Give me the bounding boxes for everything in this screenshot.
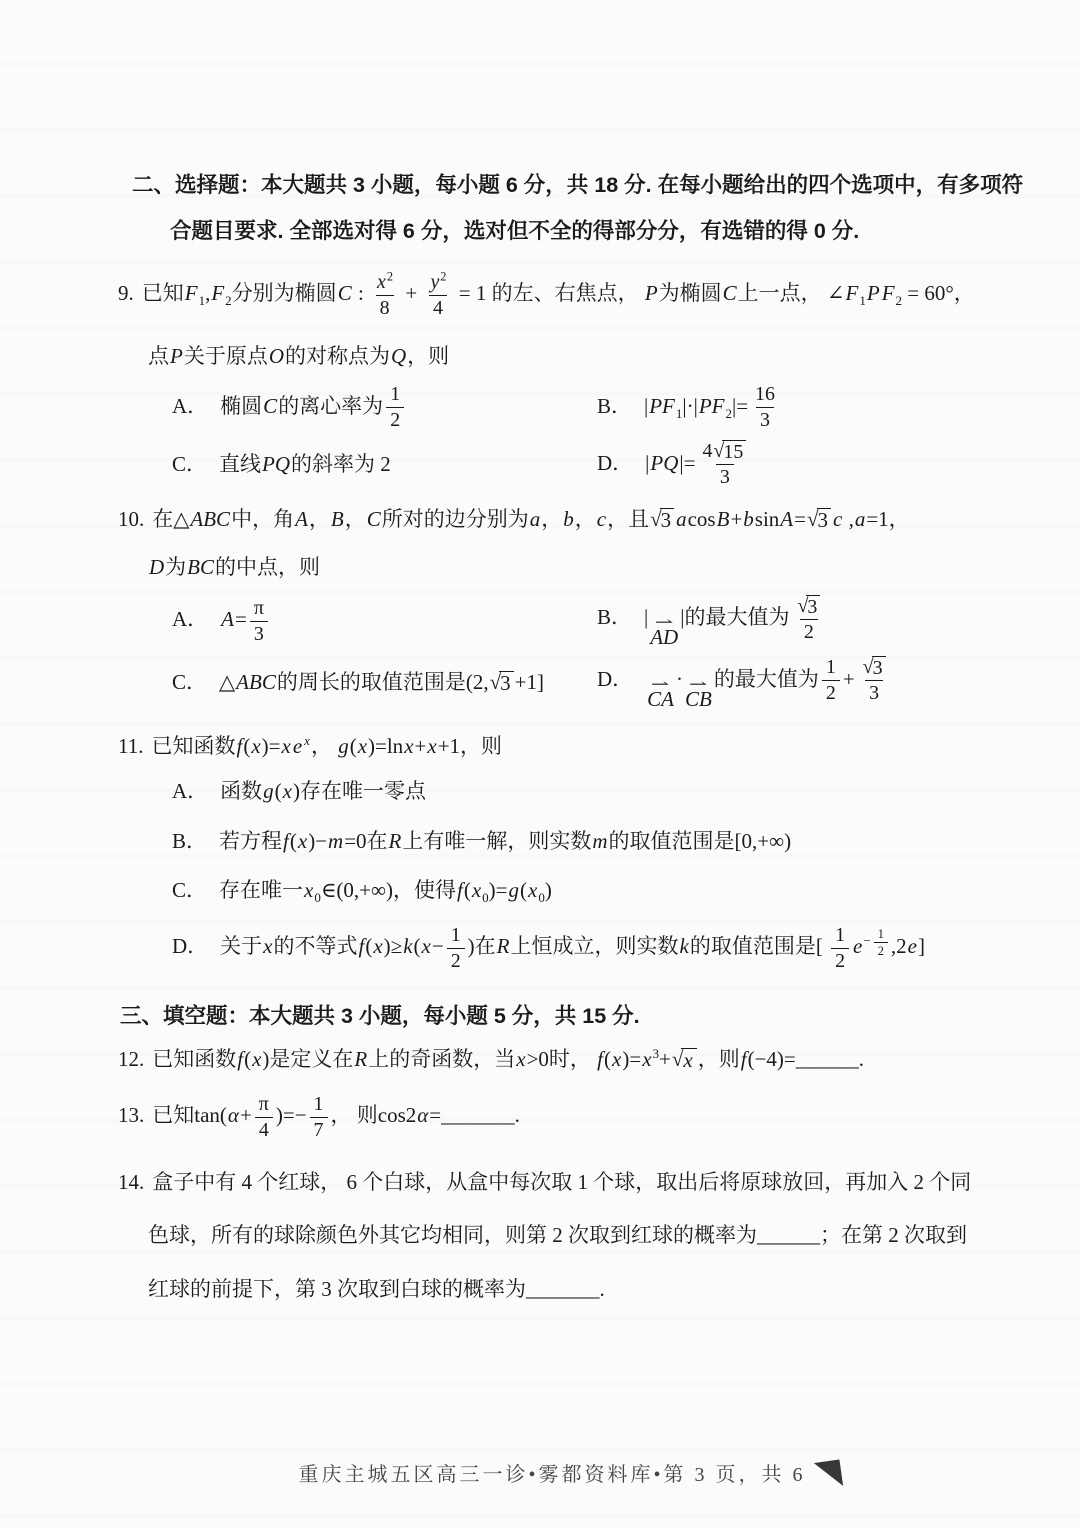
content-area: 二、选择题：本大题共 3 小题，每小题 6 分，共 18 分. 在每小题给出的四… [92, 168, 992, 1307]
q11-option-b: B．若方程f(x)−m=0在R上有唯一解，则实数m的取值范围是[0,+∞) [172, 825, 992, 859]
option-a-label: A． [172, 775, 208, 809]
question-10-stem-line2: D为BC的中点，则 [92, 551, 992, 585]
option-b-text: |PF1|·|PF2|=163 [644, 394, 782, 418]
question-11-number: 11. [118, 734, 143, 758]
question-9-options: A．椭圆C的离心率为12 B．|PF1|·|PF2|=163 C．直线PQ的斜率… [92, 383, 992, 489]
question-9-stem-line1: 9.已知F1,F2分别为椭圆C : x28 + y24 = 1 的左、右焦点， … [92, 271, 992, 320]
option-a-label: A． [172, 390, 208, 424]
q11-option-d: D．关于x的不等式f(x)≥k(x−12)在R上恒成立，则实数k的取值范围是[ … [172, 924, 992, 973]
option-d-label: D． [597, 447, 633, 481]
question-11-stem-text: 已知函数f(x)=xex， g(x)=lnx+x+1，则 [151, 734, 502, 758]
question-9-stem-line2: 点P关于原点O的对称点为Q，则 [92, 340, 992, 374]
option-b-text: 若方程f(x)−m=0在R上有唯一解，则实数m的取值范围是[0,+∞) [219, 829, 791, 853]
question-11-options: A．函数g(x)存在唯一零点 B．若方程f(x)−m=0在R上有唯一解，则实数m… [92, 775, 992, 973]
question-10-number: 10. [118, 507, 144, 531]
section-fill-heading: 三、填空题：本大题共 3 小题，每小题 5 分，共 15 分. [92, 999, 992, 1033]
q10-option-a: A．A=π3 [172, 597, 597, 646]
question-14-line1-text: 盒子中有 4 个红球， 6 个白球，从盒中每次取 1 个球，取出后将原球放回，再… [152, 1170, 971, 1194]
q9-option-c: C．直线PQ的斜率为 2 [172, 448, 597, 482]
question-13-number: 13. [118, 1103, 144, 1127]
option-c-text: △ABC的周长的取值范围是(2,√3+1] [219, 670, 544, 694]
q9-option-d: D．|PQ|=4√153 [597, 440, 992, 489]
q10-option-c: C．△ABC的周长的取值范围是(2,√3+1] [172, 666, 597, 700]
option-a-text: 椭圆C的离心率为12 [220, 394, 407, 418]
q10-option-b: B．|⇀AD|的最大值为√32 [597, 595, 992, 649]
question-10-stem-line1: 10.在△ABC中，角A，B，C所对的边分别为a，b，c，且√3acosB+bs… [92, 503, 992, 537]
question-9-stem-text: 已知F1,F2分别为椭圆C : x28 + y24 = 1 的左、右焦点， P为… [142, 281, 975, 305]
section-choice-heading-line2: 合题目要求. 全部选对得 6 分，选对但不全的得部分分，有选错的得 0 分. [92, 214, 992, 248]
section-choice-heading-line1: 二、选择题：本大题共 3 小题，每小题 6 分，共 18 分. 在每小题给出的四… [92, 168, 992, 202]
question-14-number: 14. [118, 1170, 144, 1194]
question-9: 9.已知F1,F2分别为椭圆C : x28 + y24 = 1 的左、右焦点， … [92, 271, 992, 490]
option-d-label: D． [597, 663, 633, 697]
option-a-label: A． [172, 603, 208, 637]
option-c-text: 直线PQ的斜率为 2 [219, 452, 391, 476]
option-c-text: 存在唯一x0∈(0,+∞)，使得f(x0)=g(x0) [219, 878, 552, 902]
question-12: 12.已知函数f(x)是定义在R上的奇函数，当x>0时， f(x)=x3+√x，… [92, 1043, 992, 1077]
question-12-stem-text: 已知函数f(x)是定义在R上的奇函数，当x>0时， f(x)=x3+√x，则f(… [152, 1047, 864, 1071]
question-12-number: 12. [118, 1047, 144, 1071]
option-a-text: A=π3 [220, 607, 271, 631]
option-d-text: |PQ|=4√153 [645, 451, 754, 475]
option-c-label: C． [172, 874, 207, 908]
q11-option-a: A．函数g(x)存在唯一零点 [172, 775, 992, 809]
option-c-label: C． [172, 666, 207, 700]
question-14-line3: 红球的前提下，第 3 次取到白球的概率为_______. [92, 1273, 992, 1307]
option-b-label: B． [597, 601, 632, 635]
q9-option-a: A．椭圆C的离心率为12 [172, 383, 597, 432]
page-curl-mark [814, 1459, 844, 1489]
question-10: 10.在△ABC中，角A，B，C所对的边分别为a，b，c，且√3acosB+bs… [92, 503, 992, 709]
option-d-text: 关于x的不等式f(x)≥k(x−12)在R上恒成立，则实数k的取值范围是[ 12… [220, 934, 925, 958]
question-10-options: A．A=π3 B．|⇀AD|的最大值为√32 C．△ABC的周长的取值范围是(2… [92, 595, 992, 710]
option-d-label: D． [172, 930, 208, 964]
option-a-text: 函数g(x)存在唯一零点 [220, 779, 426, 803]
question-14-line2: 色球，所有的球除颜色外其它均相同，则第 2 次取到红球的概率为______；在第… [92, 1219, 992, 1253]
q11-option-c: C．存在唯一x0∈(0,+∞)，使得f(x0)=g(x0) [172, 874, 992, 908]
footer-text: 重庆主城五区高三一诊•雾都资料库•第 3 页，共 6 [298, 1464, 805, 1486]
option-b-text: |⇀AD|的最大值为√32 [644, 605, 828, 629]
question-11-stem: 11.已知函数f(x)=xex， g(x)=lnx+x+1，则 [92, 730, 992, 764]
question-9-number: 9. [118, 281, 134, 305]
question-11: 11.已知函数f(x)=xex， g(x)=lnx+x+1，则 A．函数g(x)… [92, 730, 992, 973]
question-13-stem-text: 已知tan(α+π4)=−17， 则cos2α=_______. [152, 1103, 520, 1127]
question-13: 13.已知tan(α+π4)=−17， 则cos2α=_______. [92, 1093, 992, 1142]
q10-option-d: D．⇀CA·⇀CB的最大值为12+√33 [597, 656, 992, 710]
page-footer: 重庆主城五区高三一诊•雾都资料库•第 3 页，共 6 [298, 1459, 841, 1491]
question-14: 14.盒子中有 4 个红球， 6 个白球，从盒中每次取 1 个球，取出后将原球放… [92, 1166, 992, 1307]
option-d-text: ⇀CA·⇀CB的最大值为12+√33 [645, 667, 893, 691]
option-b-label: B． [597, 390, 632, 424]
option-b-label: B． [172, 825, 207, 859]
question-14-line1: 14.盒子中有 4 个红球， 6 个白球，从盒中每次取 1 个球，取出后将原球放… [92, 1166, 992, 1200]
option-c-label: C． [172, 448, 207, 482]
question-10-stem-text: 在△ABC中，角A，B，C所对的边分别为a，b，c，且√3acosB+bsinA… [152, 507, 909, 531]
exam-page: 二、选择题：本大题共 3 小题，每小题 6 分，共 18 分. 在每小题给出的四… [0, 0, 1080, 1527]
q9-option-b: B．|PF1|·|PF2|=163 [597, 383, 992, 432]
